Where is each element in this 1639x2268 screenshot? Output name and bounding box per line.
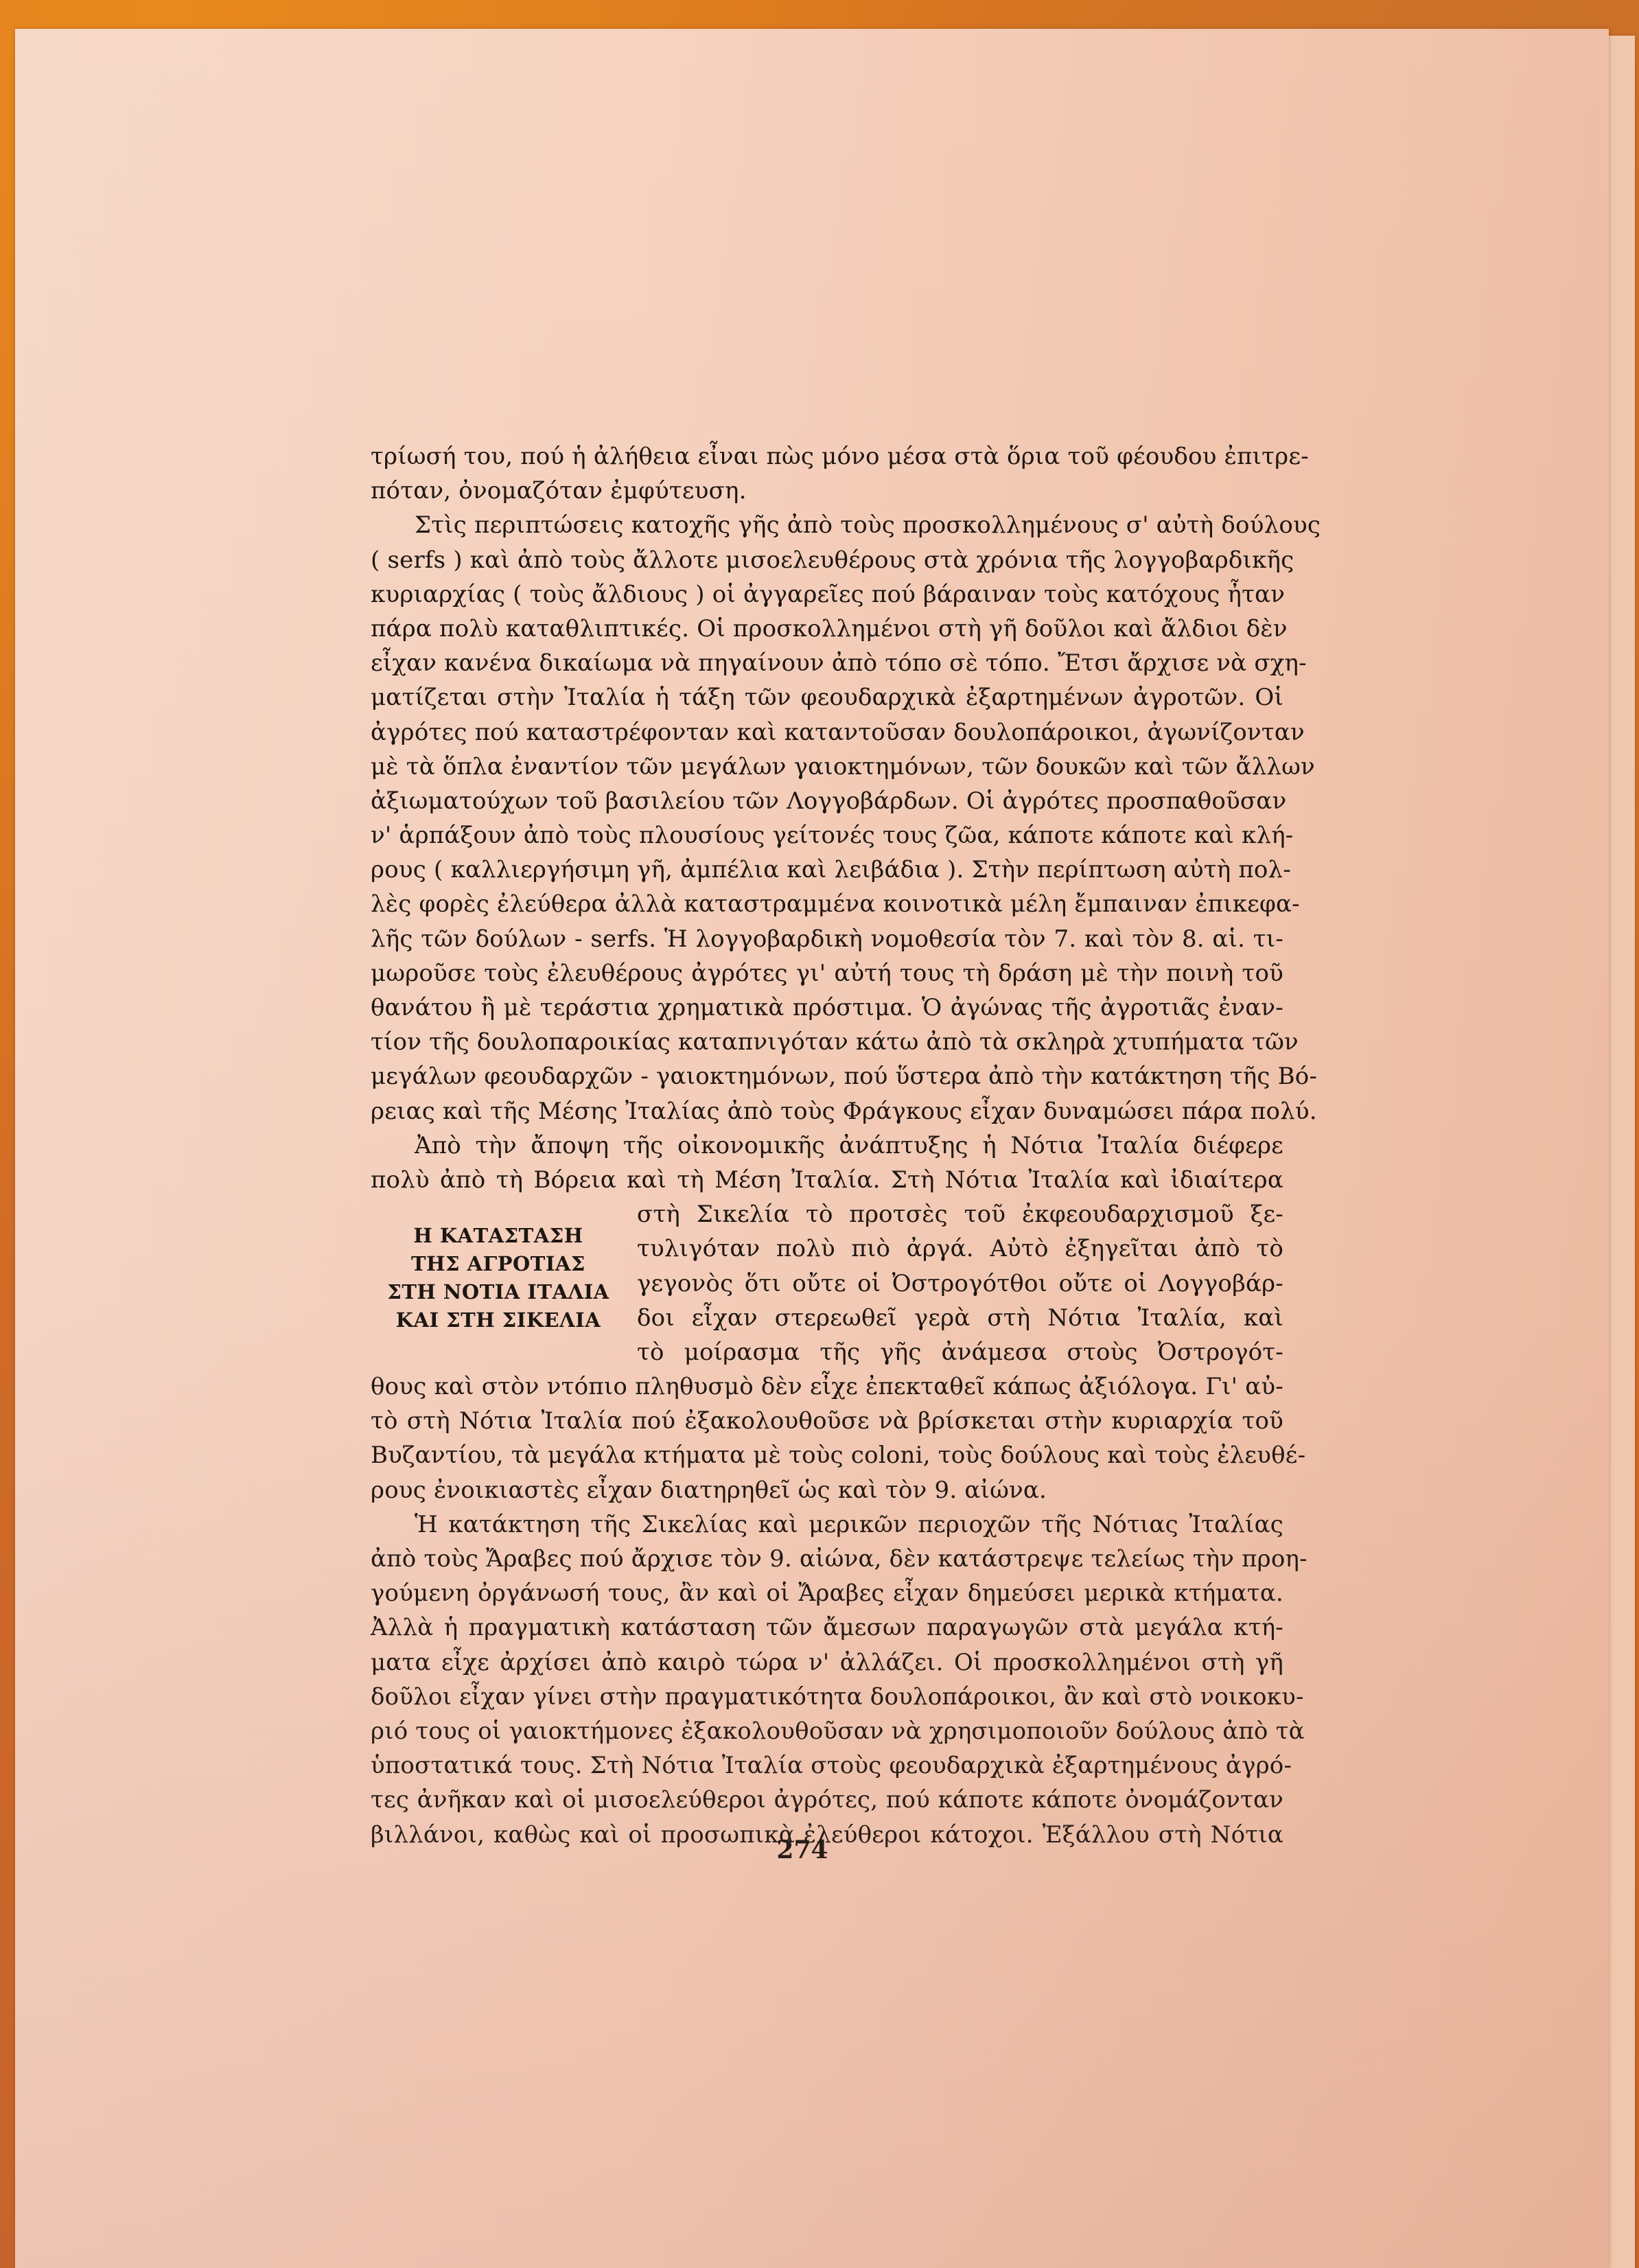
text-line: Ἀπὸ τὴν ἄποψη τῆς οἰκονομικῆς ἀνάπτυξης …: [371, 1129, 1283, 1163]
text-line: μεγάλων φεουδαρχῶν - γαιοκτημόνων, πού ὕ…: [371, 1059, 1283, 1093]
text-line: ρειας καὶ τῆς Μέσης Ἰταλίας ἀπὸ τοὺς Φρά…: [371, 1094, 1283, 1129]
text-line: Ἀλλὰ ἡ πραγματικὴ κατάσταση τῶν ἄμεσων π…: [371, 1610, 1283, 1645]
text-line: ρους ( καλλιεργήσιμη γῆ, ἀμπέλια καὶ λει…: [371, 853, 1283, 887]
text-line: λὲς φορὲς ἐλεύθερα ἀλλὰ καταστραμμένα κο…: [371, 887, 1283, 921]
text-line: Βυζαντίου, τὰ μεγάλα κτήματα μὲ τοὺς col…: [371, 1438, 1283, 1472]
margin-heading: Η ΚΑΤΑΣΤΑΣΗ ΤΗΣ ΑΓΡΟΤΙΑΣ ΣΤΗ ΝΟΤΙΑ ΙΤΑΛΙ…: [371, 1222, 626, 1334]
margin-heading-section: Η ΚΑΤΑΣΤΑΣΗ ΤΗΣ ΑΓΡΟΤΙΑΣ ΣΤΗ ΝΟΤΙΑ ΙΤΑΛΙ…: [371, 1197, 1283, 1369]
text-line: ὑποστατικά τους. Στὴ Νότια Ἰταλία στοὺς …: [371, 1748, 1283, 1783]
text-line: τρίωσή του, πού ἡ ἀλήθεια εἶναι πὼς μόνο…: [371, 439, 1283, 474]
text-line: θανάτου ἢ μὲ τεράστια χρηματικὰ πρόστιμα…: [371, 991, 1283, 1025]
text-line: τες ἀνῆκαν καὶ οἱ μισοελεύθεροι ἀγρότες,…: [371, 1783, 1283, 1817]
text-line: ματίζεται στὴν Ἰταλία ἡ τάξη τῶν φεουδαρ…: [371, 680, 1283, 715]
body-text: τρίωσή του, πού ἡ ἀλήθεια εἶναι πὼς μόνο…: [371, 439, 1283, 1852]
page-number: 274: [15, 1836, 1609, 1864]
text-line: Ἡ κατάκτηση τῆς Σικελίας καὶ μερικῶν περ…: [371, 1507, 1283, 1542]
text-line: τυλιγόταν πολὺ πιὸ ἀργά. Αὐτὸ ἐξηγεῖται …: [637, 1231, 1283, 1266]
text-line: δοῦλοι εἶχαν γίνει στὴν πραγματικότητα δ…: [371, 1680, 1283, 1714]
text-line: ματα εἶχε ἀρχίσει ἀπὸ καιρὸ τώρα ν' ἀλλά…: [371, 1645, 1283, 1680]
text-line: γεγονὸς ὅτι οὔτε οἱ Ὀστρογότθοι οὔτε οἱ …: [637, 1266, 1283, 1301]
text-line: τίον τῆς δουλοπαροικίας καταπνιγόταν κάτ…: [371, 1025, 1283, 1059]
text-line: γούμενη ὀργάνωσή τους, ἂν καὶ οἱ Ἄραβες …: [371, 1576, 1283, 1610]
book-page: τρίωσή του, πού ἡ ἀλήθεια εἶναι πὼς μόνο…: [15, 29, 1609, 2268]
margin-heading-line: Η ΚΑΤΑΣΤΑΣΗ: [371, 1222, 626, 1250]
text-line: πολὺ ἀπὸ τὴ Βόρεια καὶ τὴ Μέση Ἰταλία. Σ…: [371, 1163, 1283, 1197]
margin-heading-line: ΤΗΣ ΑΓΡΟΤΙΑΣ: [371, 1250, 626, 1278]
text-line: τὸ στὴ Νότια Ἰταλία πού ἐξακολουθοῦσε νὰ…: [371, 1404, 1283, 1438]
paragraph-arab-conquest: Ἡ κατάκτηση τῆς Σικελίας καὶ μερικῶν περ…: [371, 1507, 1283, 1852]
text-line: κυριαρχίας ( τοὺς ἄλδιους ) οἱ ἀγγαρεῖες…: [371, 577, 1283, 612]
margin-heading-line: ΚΑΙ ΣΤΗ ΣΙΚΕΛΙΑ: [371, 1306, 626, 1334]
text-line: δοι εἶχαν στερεωθεῖ γερὰ στὴ Νότια Ἰταλί…: [637, 1301, 1283, 1335]
text-line: μωροῦσε τοὺς ἐλευθέρους ἀγρότες γι' αὐτή…: [371, 956, 1283, 991]
paragraph-serfs: Στὶς περιπτώσεις κατοχῆς γῆς ἀπὸ τοὺς πρ…: [371, 508, 1283, 1128]
paragraph-continuation: τρίωσή του, πού ἡ ἀλήθεια εἶναι πὼς μόνο…: [371, 439, 1283, 508]
text-line: μὲ τὰ ὅπλα ἐναντίον τῶν μεγάλων γαιοκτημ…: [371, 750, 1283, 784]
text-line: τὸ μοίρασμα τῆς γῆς ἀνάμεσα στοὺς Ὀστρογ…: [637, 1335, 1283, 1369]
page-number-text: 274: [776, 1836, 828, 1864]
text-line: ριό τους οἱ γαιοκτήμονες ἐξακολουθοῦσαν …: [371, 1714, 1283, 1748]
text-line: λῆς τῶν δούλων - serfs. Ἡ λογγοβαρδικὴ ν…: [371, 922, 1283, 956]
text-line: ( serfs ) καὶ ἀπὸ τοὺς ἄλλοτε μισοελευθέ…: [371, 543, 1283, 577]
text-line: ρους ἐνοικιαστὲς εἶχαν διατηρηθεῖ ὡς καὶ…: [371, 1473, 1283, 1507]
text-line: θους καὶ στὸν ντόπιο πληθυσμὸ δὲν εἶχε ἐ…: [371, 1369, 1283, 1404]
text-line: εἶχαν κανένα δικαίωμα νὰ πηγαίνουν ἀπὸ τ…: [371, 646, 1283, 680]
text-line: Στὶς περιπτώσεις κατοχῆς γῆς ἀπὸ τοὺς πρ…: [371, 508, 1283, 542]
text-line: ν' ἁρπάξουν ἀπὸ τοὺς πλουσίους γείτονές …: [371, 818, 1283, 853]
text-line: ἀξιωματούχων τοῦ βασιλείου τῶν Λογγοβάρδ…: [371, 784, 1283, 818]
paragraph-south-italy: Ἀπὸ τὴν ἄποψη τῆς οἰκονομικῆς ἀνάπτυξης …: [371, 1129, 1283, 1507]
text-line: πάρα πολὺ καταθλιπτικές. Οἱ προσκολλημέν…: [371, 612, 1283, 646]
text-line: στὴ Σικελία τὸ προτσὲς τοῦ ἐκφεουδαρχισμ…: [637, 1197, 1283, 1231]
text-line: πόταν, ὀνομαζόταν ἐμφύτευση.: [371, 474, 1283, 508]
text-line: ἀπὸ τοὺς Ἄραβες πού ἄρχισε τὸν 9. αἰώνα,…: [371, 1542, 1283, 1576]
text-line: ἀγρότες πού καταστρέφονταν καὶ καταντοῦσ…: [371, 715, 1283, 750]
indented-body: στὴ Σικελία τὸ προτσὲς τοῦ ἐκφεουδαρχισμ…: [637, 1197, 1283, 1369]
margin-heading-line: ΣΤΗ ΝΟΤΙΑ ΙΤΑΛΙΑ: [371, 1278, 626, 1306]
